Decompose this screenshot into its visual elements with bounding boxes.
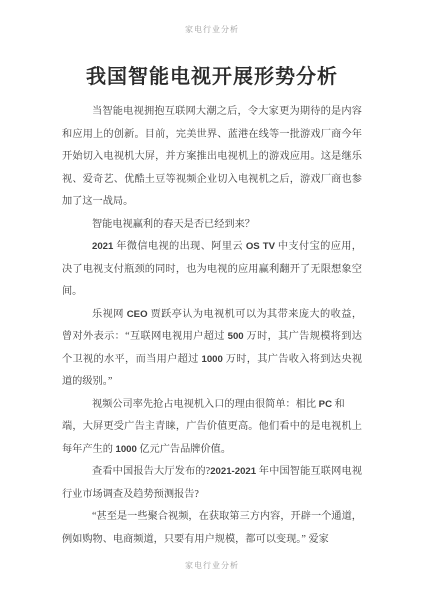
document-title: 我国智能电视开展形势分析 — [0, 60, 424, 89]
text-line: 每年产生的 1000 亿元广告品牌价值。 — [62, 439, 362, 462]
text-line: 端，大屏更受广告主青睐，广告价值更高。他们看中的是电视机上 — [62, 416, 362, 439]
latin-text: PC — [319, 399, 332, 410]
text-line: 2021 年微信电视的出现、阿里云 OS TV 中支付宝的应用，解 — [62, 236, 362, 259]
document-page: 家电行业分析 我国智能电视开展形势分析 当智能电视拥抱互联网大潮之后，令大家更为… — [0, 0, 424, 600]
text-line: 开始切入电视机大屏，并方案推出电视机上的游戏应用。这是继乐 — [62, 146, 362, 169]
document-body: 当智能电视拥抱互联网大潮之后，令大家更为期待的是内容和应用上的创新。目前，完美世… — [62, 101, 362, 551]
paragraph: 当智能电视拥抱互联网大潮之后，令大家更为期待的是内容和应用上的创新。目前，完美世… — [62, 101, 362, 214]
text-line: 视频公司率先抢占电视机入口的理由很简单：相比 PC 和 — [62, 394, 362, 417]
paragraph: 视频公司率先抢占电视机入口的理由很简单：相比 PC 和端，大屏更受广告主青睐，广… — [62, 394, 362, 462]
paragraph: 智能电视赢利的春天是否已经到来？ — [62, 214, 362, 237]
latin-text: CEO — [127, 309, 148, 320]
text-line: 行业市场调查及趋势预测报告? — [62, 484, 362, 507]
latin-text: 1000 — [115, 444, 136, 455]
paragraph: “甚至是一些聚合视频，在获取第三方内容，开辟一个通道，例如购物、电商频道，只要有… — [62, 506, 362, 551]
latin-text: OS TV — [246, 241, 275, 252]
text-line: 间。 — [62, 281, 362, 304]
text-line: 例如购物、电商频道，只要有用户规模，都可以变现。” 爱家 — [62, 529, 362, 552]
text-line: 乐视网 CEO 贾跃亭认为电视机可以为其带来庞大的收益，他 — [62, 304, 362, 327]
paragraph: 查看中国报告大厅发布的?2021-2021 年中国智能互联网电视行业市场调查及趋… — [62, 461, 362, 506]
latin-text: 1000 — [202, 354, 223, 365]
latin-text: 2021-2021 — [210, 466, 256, 477]
text-line: 道的级别。” — [62, 371, 362, 394]
text-line: 视、爱奇艺、优酷土豆等视频企业切入电视机之后，游戏厂商也参 — [62, 169, 362, 192]
page-header: 家电行业分析 — [0, 24, 424, 35]
text-line: “甚至是一些聚合视频，在获取第三方内容，开辟一个通道， — [62, 506, 362, 529]
paragraph: 2021 年微信电视的出现、阿里云 OS TV 中支付宝的应用，解决了电视支付瓶… — [62, 236, 362, 304]
text-line: 智能电视赢利的春天是否已经到来？ — [62, 214, 362, 237]
text-line: 当智能电视拥抱互联网大潮之后，令大家更为期待的是内容 — [62, 101, 362, 124]
text-line: 查看中国报告大厅发布的?2021-2021 年中国智能互联网电视 — [62, 461, 362, 484]
text-line: 曾对外表示：“互联网电视用户超过 500 万时，其广告规模将到达一 — [62, 326, 362, 349]
text-line: 加了这一战局。 — [62, 191, 362, 214]
latin-text: 2021 — [92, 241, 113, 252]
text-line: 个卫视的水平，而当用户超过 1000 万时，其广告收入将到达央视频 — [62, 349, 362, 372]
page-footer: 家电行业分析 — [0, 560, 424, 571]
paragraph: 乐视网 CEO 贾跃亭认为电视机可以为其带来庞大的收益，他曾对外表示：“互联网电… — [62, 304, 362, 394]
latin-text: 500 — [228, 331, 244, 342]
text-line: 决了电视支付瓶颈的同时，也为电视的应用赢利翻开了无限想象空 — [62, 259, 362, 282]
text-line: 和应用上的创新。目前，完美世界、蓝港在线等一批游戏厂商今年 — [62, 124, 362, 147]
